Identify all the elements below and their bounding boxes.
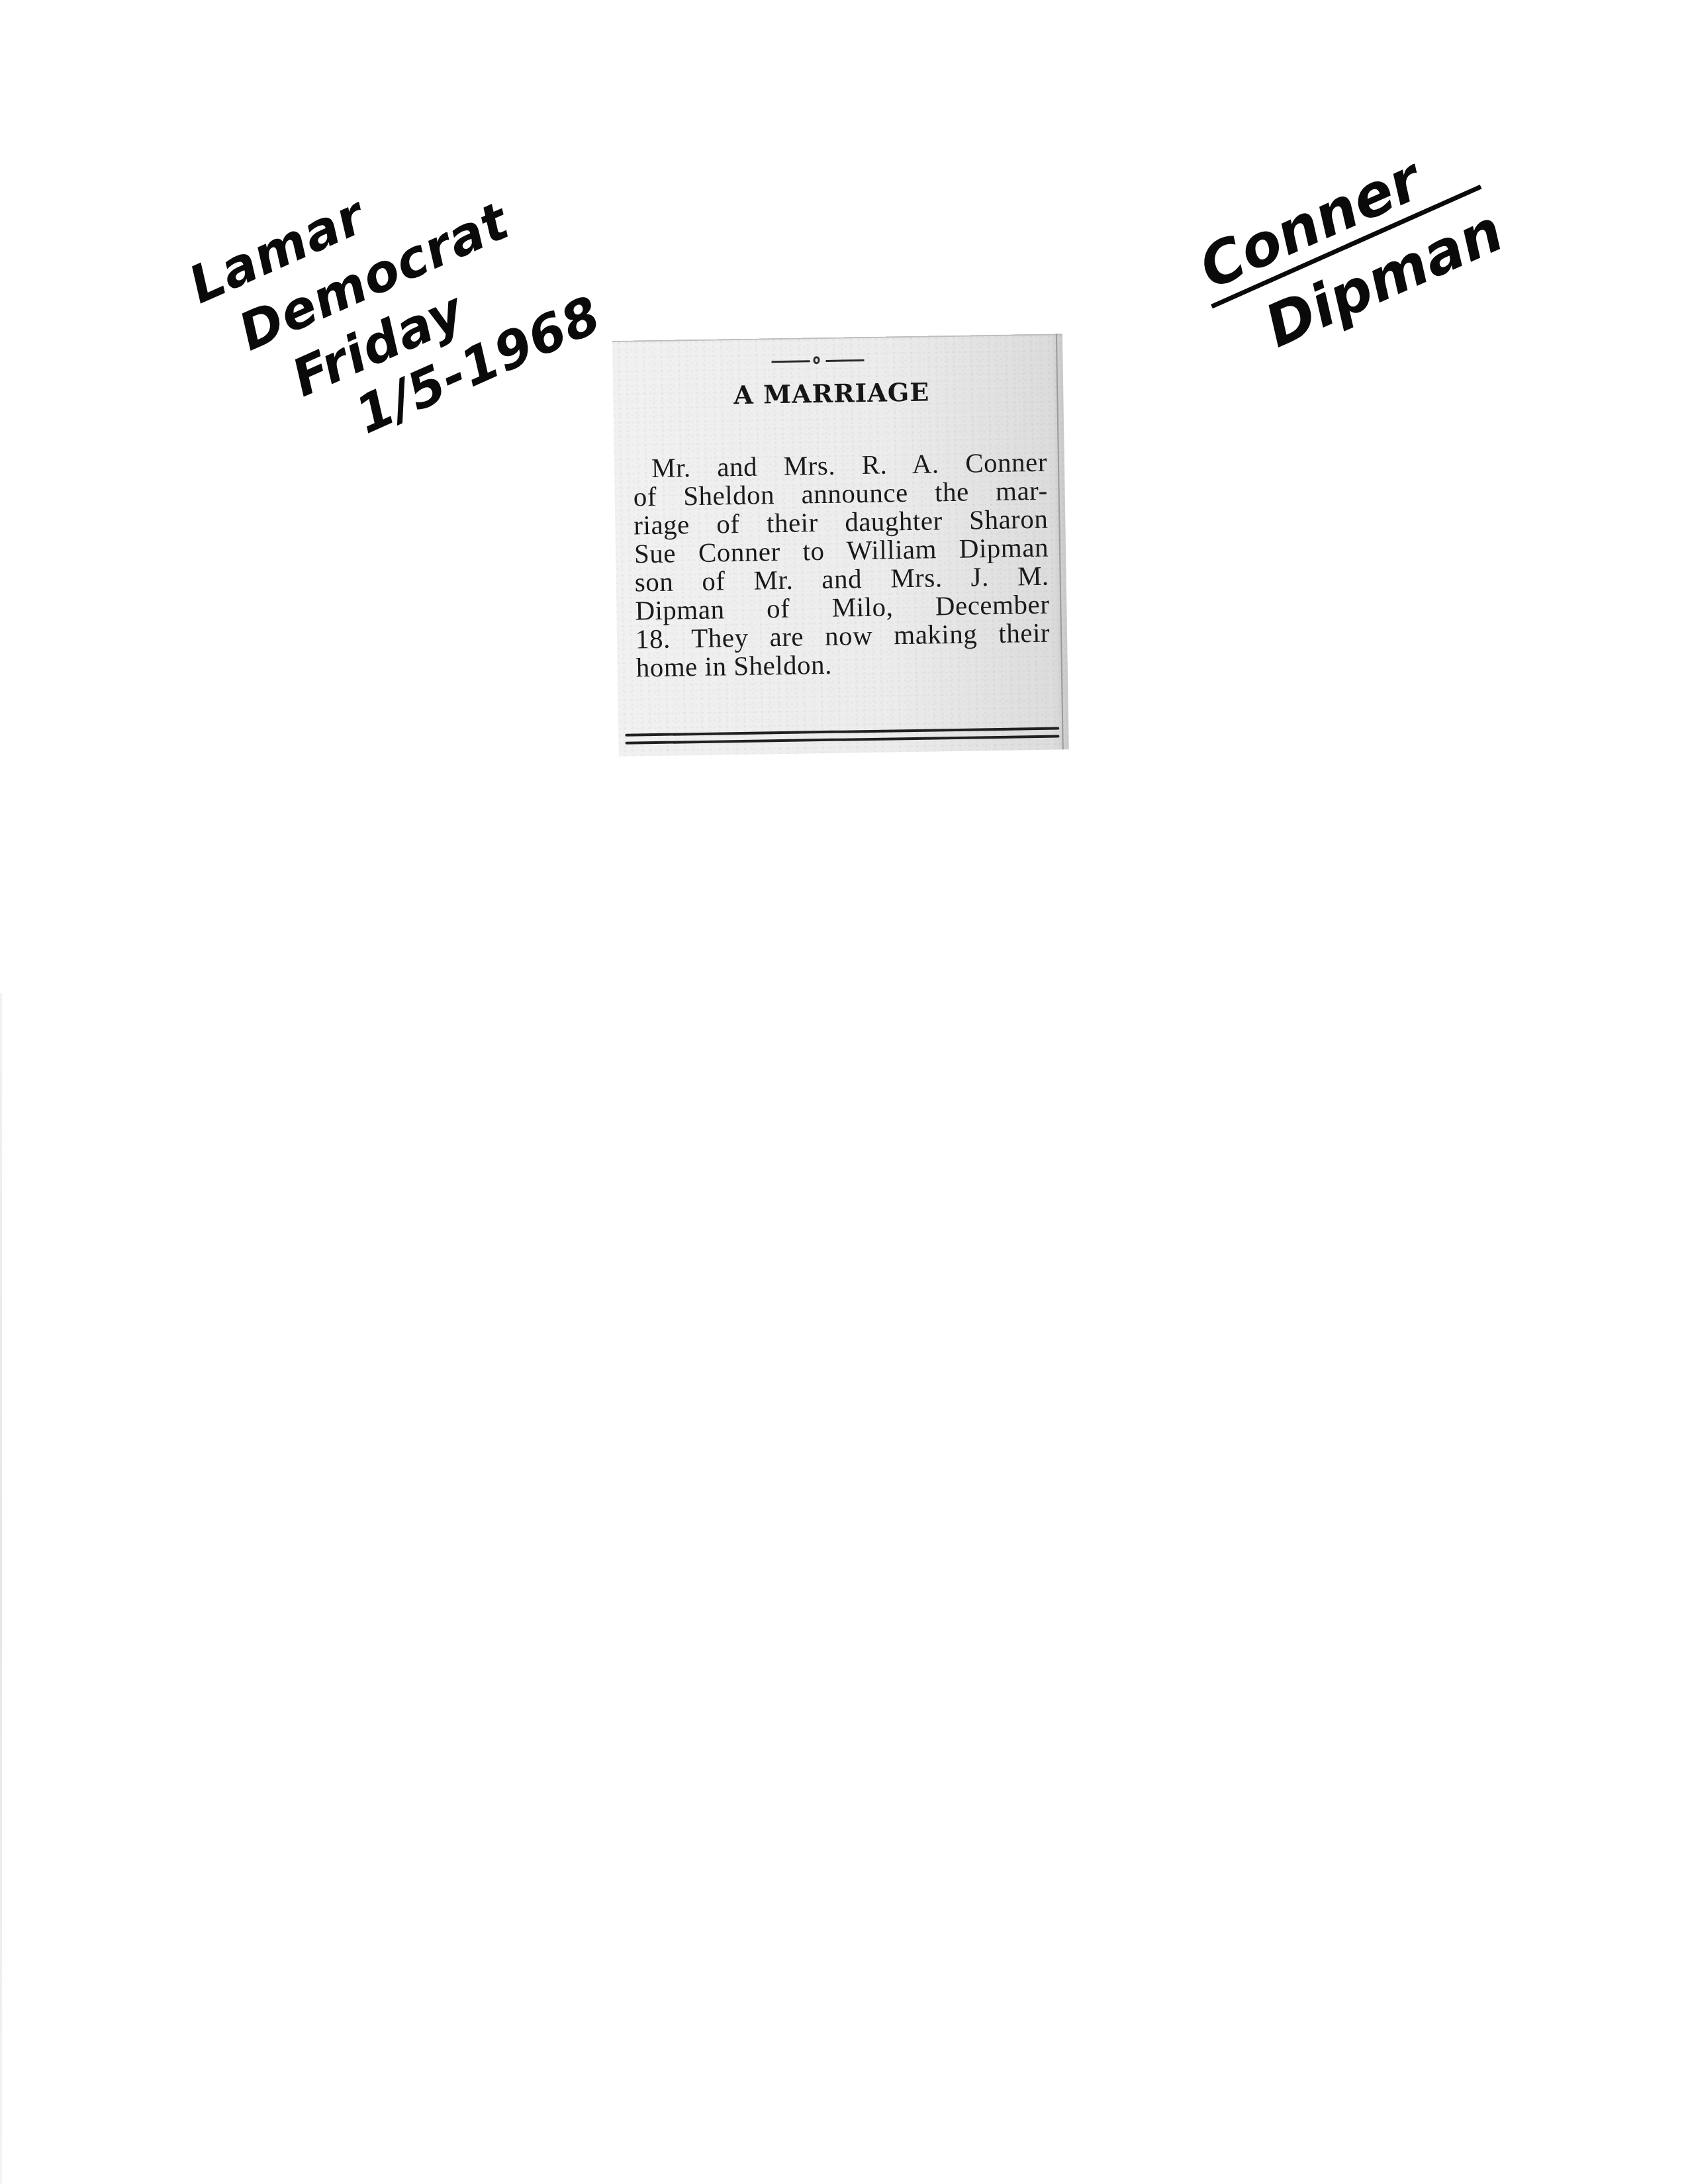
- clipping-headline: A MARRIAGE: [613, 375, 1051, 412]
- double-rule-divider: [625, 727, 1059, 747]
- scanner-edge: [0, 993, 2, 2184]
- clipping-line: 18. They are now making their: [635, 619, 1051, 654]
- newspaper-clipping: A MARRIAGE Mr. and Mrs. R. A. Conner of …: [612, 334, 1069, 756]
- clipping-body: Mr. and Mrs. R. A. Conner of Sheldon ann…: [633, 448, 1051, 682]
- scanned-page: Lamar Democrat Friday 1/5-1968 Conner Di…: [0, 0, 1688, 2184]
- handwritten-source-note: Lamar Democrat Friday 1/5-1968: [182, 118, 608, 482]
- ornament-divider-icon: [771, 355, 864, 366]
- clipping-line: home in Sheldon.: [635, 647, 1051, 682]
- handwritten-names-note: Conner Dipman: [1192, 128, 1511, 371]
- column-rule: [1056, 334, 1064, 749]
